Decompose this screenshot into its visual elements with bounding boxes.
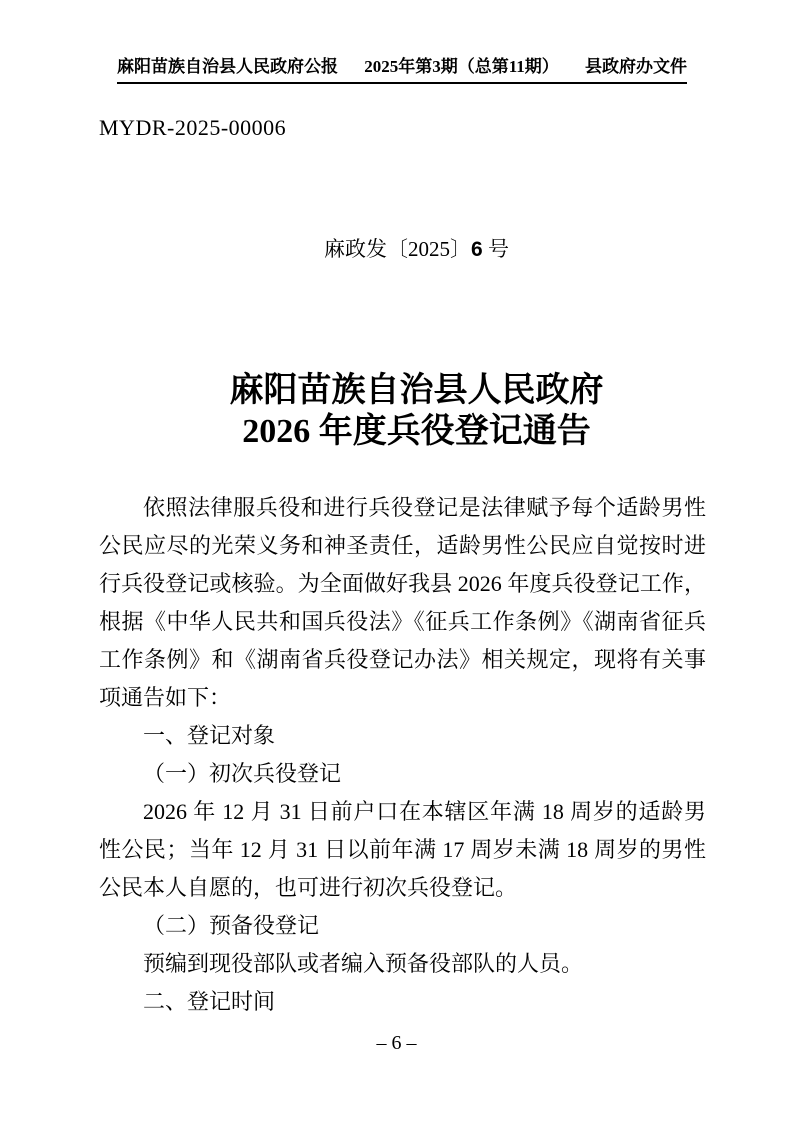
paragraph-subsection-1-1-heading: （一）初次兵役登记 xyxy=(99,755,706,793)
doc-number-prefix: 麻政发〔2025〕 xyxy=(324,237,471,261)
gazette-title: 麻阳苗族自治县人民政府公报 xyxy=(117,52,338,77)
paragraph-subsection-1-2-heading: （二）预备役登记 xyxy=(99,907,706,945)
gazette-page: 麻阳苗族自治县人民政府公报 2025年第3期（总第11期） 县政府办文件 MYD… xyxy=(0,0,793,1122)
doc-number: 麻政发〔2025〕6 号 xyxy=(113,233,720,263)
doc-number-suffix: 号 xyxy=(483,237,509,261)
doc-body: 依照法律服兵役和进行兵役登记是法律赋予每个适龄男性公民应尽的光荣义务和神圣责任，… xyxy=(99,489,706,1021)
paragraph-subsection-1-1-text: 2026 年 12 月 31 日前户口在本辖区年满 18 周岁的适龄男性公民；当… xyxy=(99,793,706,907)
paragraph-section-1-heading: 一、登记对象 xyxy=(99,717,706,755)
doc-title-line2: 2026 年度兵役登记通告 xyxy=(113,411,720,452)
doc-number-value: 6 xyxy=(471,238,483,261)
doc-title-line1: 麻阳苗族自治县人民政府 xyxy=(113,370,720,411)
page-number: – 6 – xyxy=(0,1032,793,1055)
doc-title: 麻阳苗族自治县人民政府 2026 年度兵役登记通告 xyxy=(113,370,720,452)
paragraph-section-2-heading: 二、登记时间 xyxy=(99,983,706,1021)
page-header: 麻阳苗族自治县人民政府公报 2025年第3期（总第11期） 县政府办文件 xyxy=(117,52,687,84)
issue-info: 2025年第3期（总第11期） xyxy=(364,52,559,77)
paragraph-subsection-1-2-text: 预编到现役部队或者编入预备役部队的人员。 xyxy=(99,945,706,983)
doc-code: MYDR-2025-00006 xyxy=(99,115,286,141)
doc-category: 县政府办文件 xyxy=(585,52,687,77)
paragraph-intro: 依照法律服兵役和进行兵役登记是法律赋予每个适龄男性公民应尽的光荣义务和神圣责任，… xyxy=(99,489,706,717)
